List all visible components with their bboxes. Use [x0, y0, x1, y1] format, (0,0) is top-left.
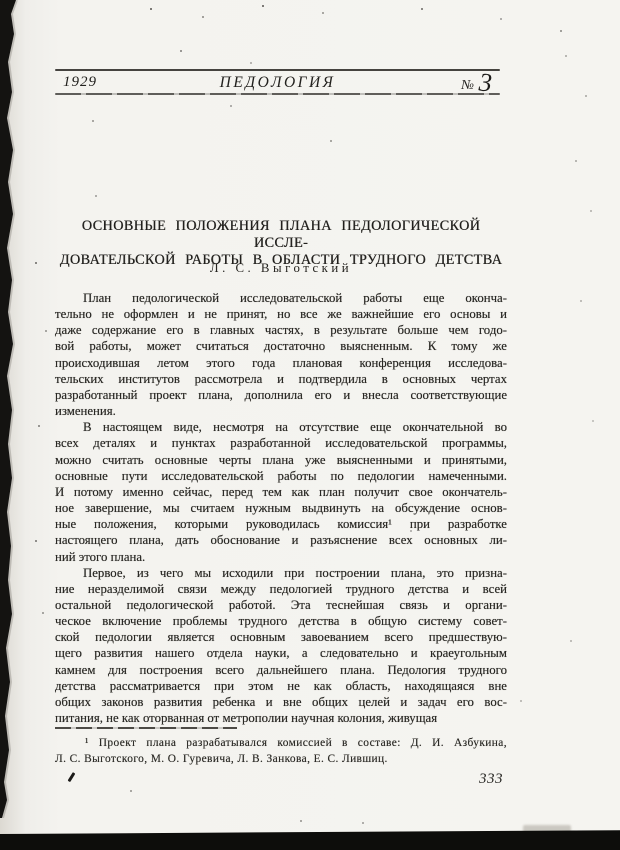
text-line: вой работы, может считаться достаточно в… — [55, 338, 507, 354]
journal-issue: № 3 — [461, 72, 492, 94]
text-line: разработанный проект плана, дополнила ег… — [55, 387, 507, 403]
text-line: камнем для построения всего дальнейшего … — [55, 662, 507, 678]
text-line: ные положения, которыми руководилась ком… — [55, 516, 507, 532]
text-line: происходившая летом этого года плановая … — [55, 355, 507, 371]
footnote-separator — [55, 727, 237, 729]
issue-number: 3 — [478, 74, 492, 93]
scan-edge-band-bottom — [0, 830, 620, 850]
text-line: Первое, из чего мы исходили при построен… — [55, 565, 507, 581]
text-line: И потому именно сейчас, перед тем как пл… — [55, 484, 507, 500]
text-line: щего развития нашего отдела науки, а сле… — [55, 645, 507, 661]
running-head-row: 1929 ПЕДОЛОГИЯ № 3 — [55, 71, 500, 93]
text-line: даже содержание его в главных частях, в … — [55, 322, 507, 338]
article-body: План педологической исследовательской ра… — [55, 290, 507, 726]
text-line: ческое включение проблемы трудного детст… — [55, 613, 507, 629]
text-line: остальной педологической работой. Эта те… — [55, 597, 507, 613]
text-line: тельских институтов рассмотрела и подтве… — [55, 371, 507, 387]
paragraph: План педологической исследовательской ра… — [55, 290, 507, 419]
stray-pen-mark — [68, 772, 75, 782]
running-head: 1929 ПЕДОЛОГИЯ № 3 — [55, 69, 500, 95]
text-line: изменения. — [55, 403, 507, 419]
article-author: Л. С. Выготский — [52, 261, 510, 276]
journal-title: ПЕДОЛОГИЯ — [55, 74, 500, 92]
paragraph: В настоящем виде, несмотря на отсутствие… — [55, 419, 507, 564]
text-line: В настоящем виде, несмотря на отсутствие… — [55, 419, 507, 435]
text-line: основные пути исследовательской работы п… — [55, 468, 507, 484]
text-line: ний этого плана. — [55, 549, 507, 565]
page-number: 333 — [479, 771, 503, 788]
text-line: План педологической исследовательской ра… — [55, 290, 507, 306]
text-line: детства рассматривается при этом не как … — [55, 678, 507, 694]
issue-label: № — [461, 77, 475, 92]
text-line: общих законов развития ребенка и вне общ… — [55, 694, 507, 710]
text-line: всех деталях и пунктах разработанной исс… — [55, 435, 507, 451]
text-line: ¹ Проект плана разрабатывался комиссией … — [55, 736, 507, 752]
text-line: питания, не как оторванная от метрополии… — [55, 710, 507, 726]
text-line: можно считать основные черты плана уже в… — [55, 452, 507, 468]
text-line: настоящего плана, дать обоснование и раз… — [55, 532, 507, 548]
text-line: ние неразделимой связи между педологией … — [55, 581, 507, 597]
footnote: ¹ Проект плана разрабатывался комиссией … — [55, 736, 507, 767]
text-line: ской педологии является основным завоева… — [55, 629, 507, 645]
text-line: тельно не оформлен и не принят, но все ж… — [55, 306, 507, 322]
paragraph: Первое, из чего мы исходили при построен… — [55, 565, 507, 727]
scan-noise-speckles — [0, 0, 2, 2]
text-line: ное завершение, мы считаем нужным выдвин… — [55, 500, 507, 516]
article-title-line: ОСНОВНЫЕ ПОЛОЖЕНИЯ ПЛАНА ПЕДОЛОГИЧЕСКОЙ … — [52, 218, 510, 252]
running-head-bottom-rule — [55, 93, 500, 95]
scanned-journal-page: 1929 ПЕДОЛОГИЯ № 3 ОСНОВНЫЕ ПОЛОЖЕНИЯ ПЛ… — [0, 0, 620, 850]
text-line: Л. С. Выготского, М. О. Гуревича, Л. В. … — [55, 752, 507, 768]
